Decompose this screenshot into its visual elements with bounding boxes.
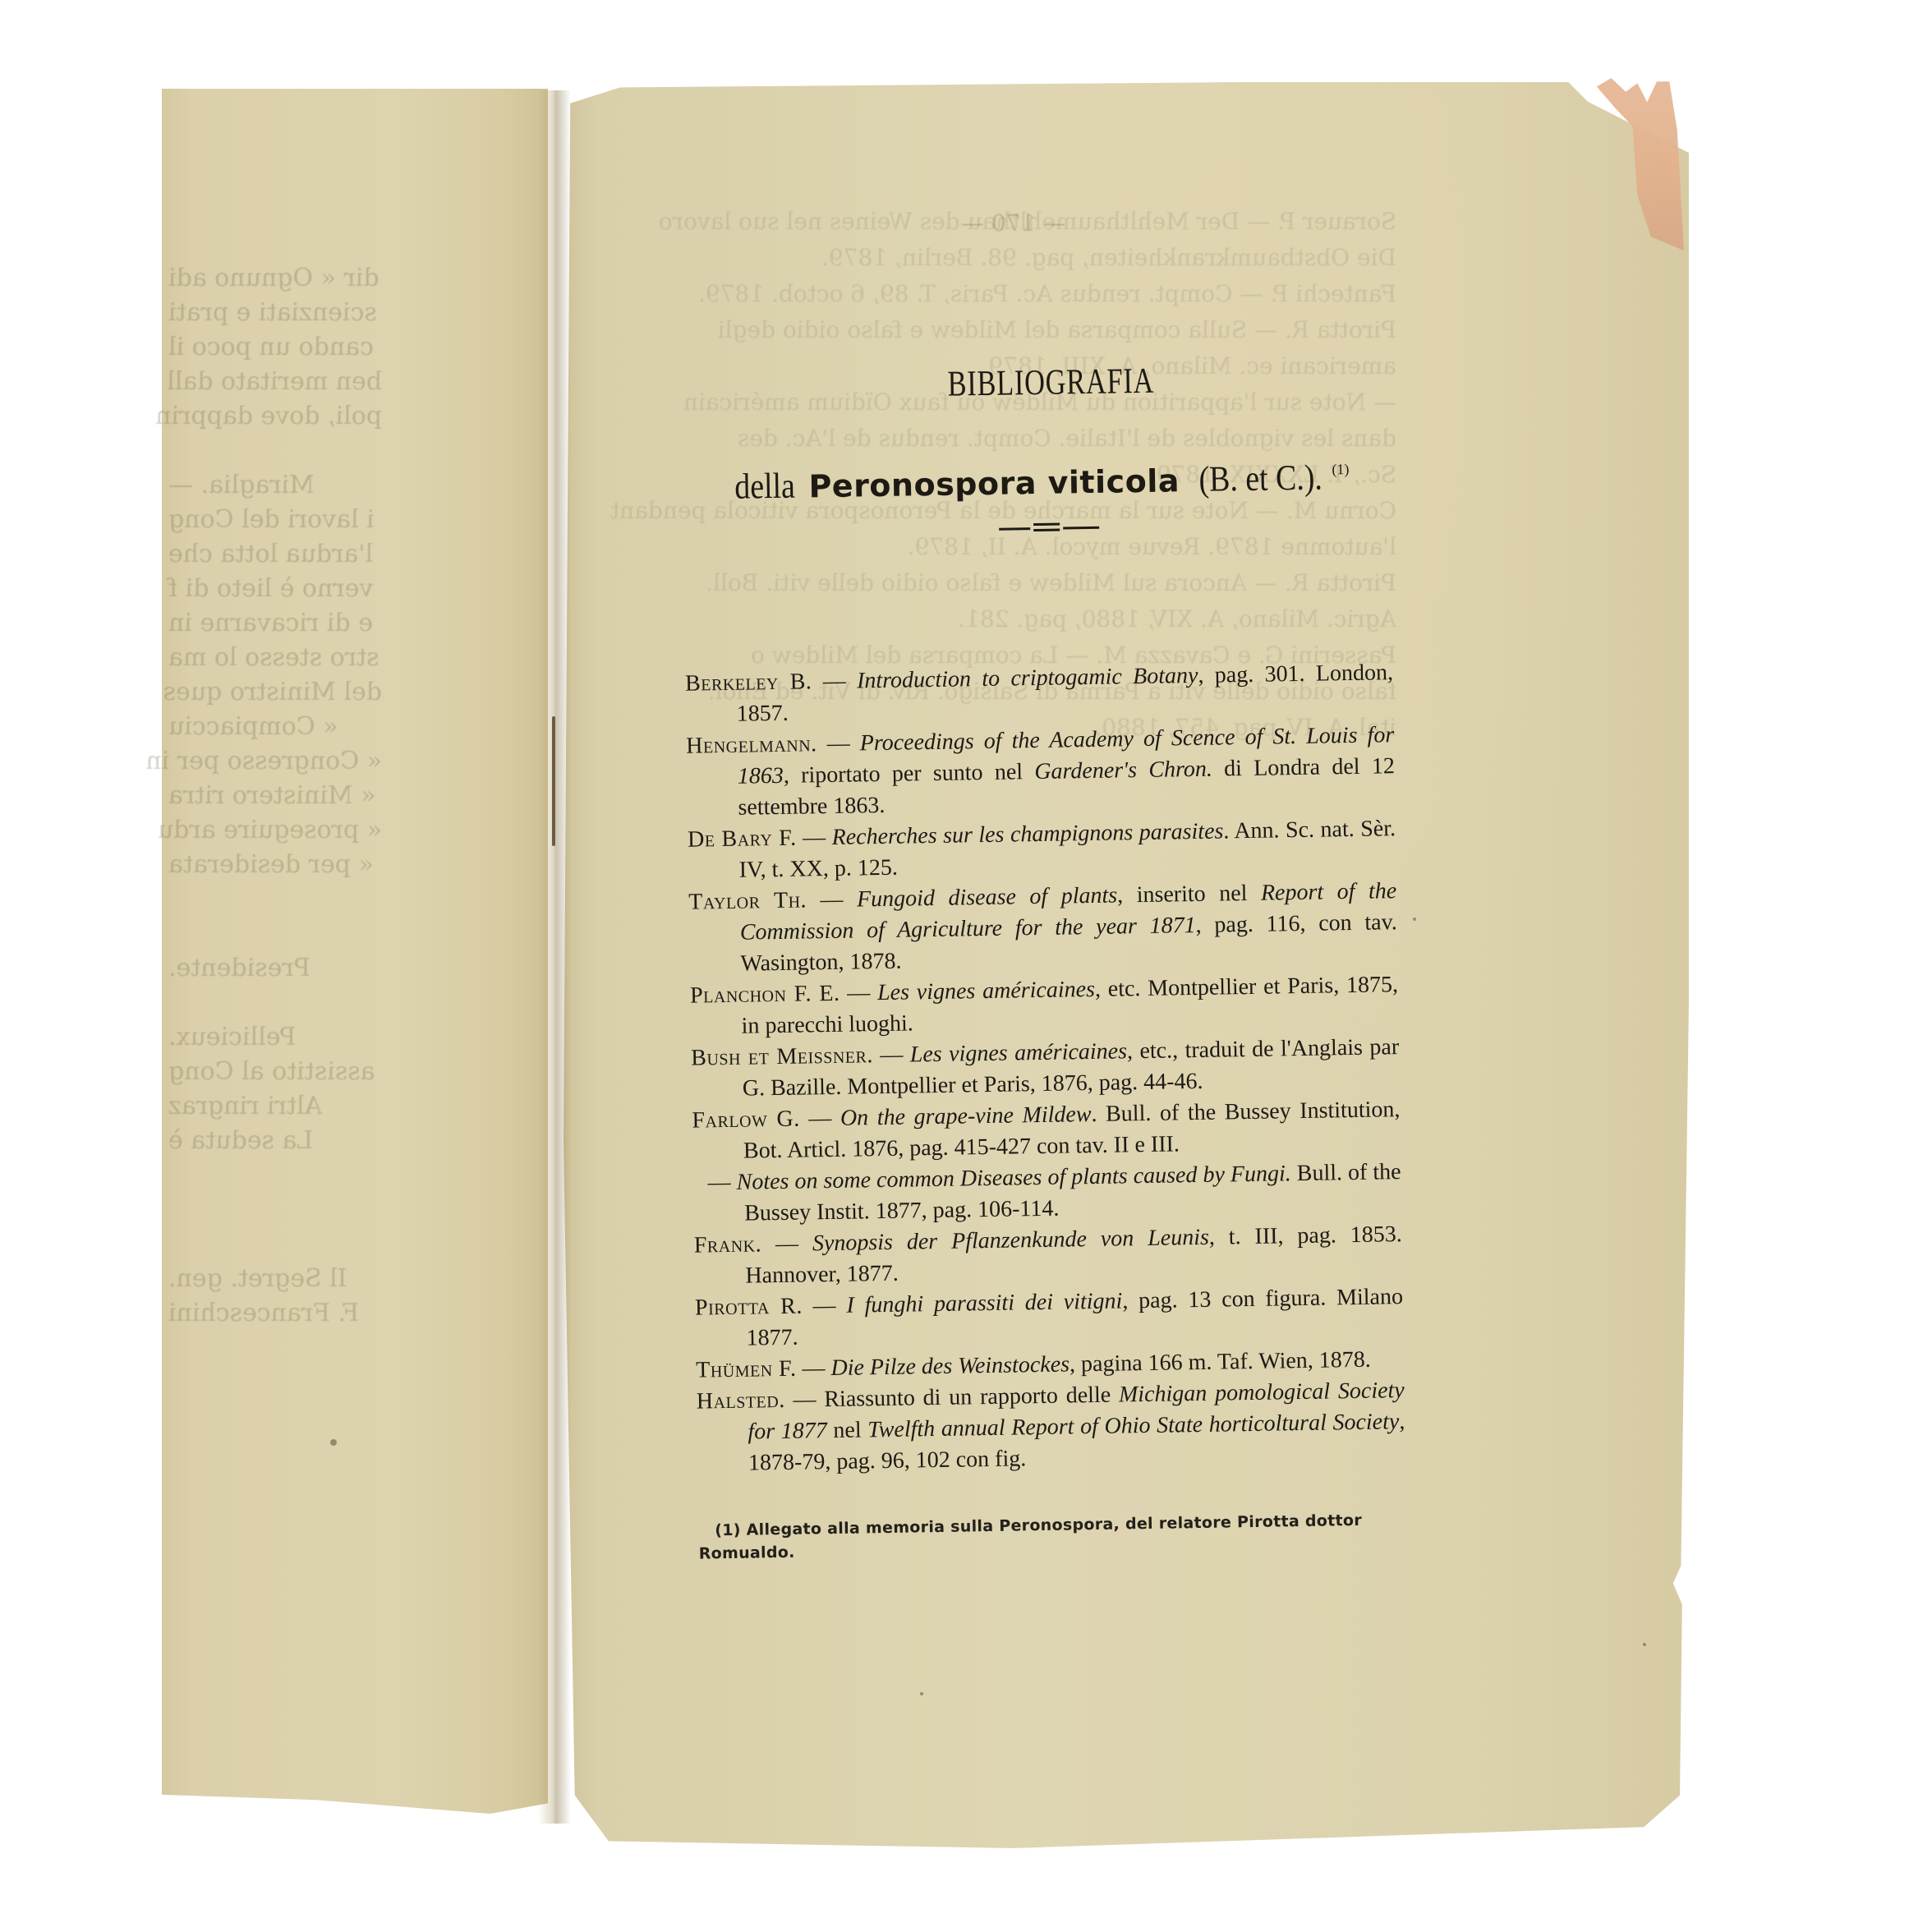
bleed-line: La seduta è bbox=[168, 1124, 382, 1158]
footnote-marker: (1) bbox=[1332, 461, 1349, 477]
bibliography-content: BIBLIOGRAFIA della Peronospora viticola … bbox=[680, 356, 1407, 1565]
entry-title: Fungoid disease of plants bbox=[857, 882, 1118, 912]
bleed-line: Die Obstbaumkrankheiten, pag. 98. Berlin… bbox=[641, 240, 1396, 276]
bleed-line: e di ricavarne in bbox=[168, 606, 382, 641]
entry-text: — bbox=[796, 1355, 830, 1382]
entry-title: Les vignes américaines bbox=[910, 1038, 1128, 1067]
bleed-line bbox=[168, 882, 382, 917]
bleed-line: Fantechi P. — Compt. rendus Ac. Paris, T… bbox=[641, 276, 1396, 312]
bibliography-entry: Hengelmann. — Proceedings of the Academy… bbox=[686, 720, 1396, 825]
bleed-line: ben meritato dall bbox=[168, 365, 382, 399]
paper-speck bbox=[1413, 918, 1416, 921]
bleed-line: assistito al Cong bbox=[168, 1055, 382, 1089]
bleed-line: cando un poco il bbox=[168, 330, 382, 365]
entry-text: — bbox=[816, 730, 860, 757]
entry-author: Berkeley B. bbox=[685, 669, 812, 696]
entry-text: — bbox=[796, 825, 831, 851]
bleed-line bbox=[168, 434, 382, 468]
entry-text: , pagina 166 m. Taf. Wien, 1878. bbox=[1069, 1347, 1371, 1378]
entry-title: I funghi parassiti dei vitigni bbox=[846, 1288, 1122, 1318]
bibliography-entry: Frank. — Synopsis der Pflanzenkunde von … bbox=[694, 1219, 1403, 1293]
bleed-line bbox=[168, 986, 382, 1020]
bleed-line: Altri ringraz bbox=[168, 1089, 382, 1124]
entry-author: Taylor Th. bbox=[688, 887, 807, 914]
bleed-line: Pellicieux. bbox=[168, 1020, 382, 1055]
entry-text: — Riassunto di un rapporto delle bbox=[784, 1382, 1119, 1413]
bleed-line: Miraglia. — bbox=[168, 468, 382, 503]
entry-author: Bush et Meissner. bbox=[691, 1042, 873, 1070]
entry-text: — bbox=[807, 886, 858, 913]
bleed-line: l'ardua lotta che bbox=[168, 537, 382, 572]
entry-author: Halsted. bbox=[697, 1387, 785, 1414]
bibliography-entry: Farlow G. — On the grape-vine Mildew. Bu… bbox=[692, 1094, 1401, 1168]
entry-title: Les vignes américaines bbox=[877, 977, 1095, 1005]
bleed-line: « Compiacciu bbox=[168, 710, 382, 744]
paper-speck bbox=[920, 1692, 923, 1695]
entry-author: Frank. bbox=[694, 1231, 762, 1258]
entry-text: — bbox=[839, 980, 877, 1006]
entry-title: Synopsis der Pflanzenkunde von Leunis bbox=[812, 1225, 1209, 1257]
entry-text: nel bbox=[826, 1417, 867, 1443]
bleed-line: Presidente. bbox=[168, 951, 382, 986]
subtitle-authority: (B. et C.). bbox=[1198, 457, 1322, 500]
entry-text: , inserito nel bbox=[1117, 881, 1261, 908]
entry-title: Recherches sur les champignons parasites bbox=[831, 818, 1223, 849]
entry-author: Pirotta R. bbox=[695, 1294, 803, 1321]
bleed-line: F. Franceschini bbox=[168, 1296, 382, 1331]
entry-text: — bbox=[812, 668, 857, 694]
binding-thread bbox=[552, 716, 555, 846]
bibliography-entry: De Bary F. — Recherches sur les champign… bbox=[688, 813, 1396, 887]
ornamental-rule bbox=[707, 515, 1391, 536]
bibliography-entry: Berkeley B. — Introduction to criptogami… bbox=[685, 657, 1394, 731]
bleed-line bbox=[168, 1193, 382, 1227]
bleed-line: scienziati e prati bbox=[168, 296, 382, 330]
bleed-line: stro stesso lo ma bbox=[168, 641, 382, 675]
bibliography-entry: Pirotta R. — I funghi parassiti dei viti… bbox=[695, 1281, 1404, 1355]
bleed-line: Il Segret. gen. bbox=[168, 1262, 382, 1296]
entry-text: — bbox=[873, 1042, 910, 1068]
entry-title: Gardener's Chron. bbox=[1034, 757, 1212, 784]
bleed-line bbox=[168, 917, 382, 951]
bleed-line: « Ministero ritra bbox=[168, 779, 382, 813]
bleed-line: dir « Ognuno adi bbox=[168, 261, 382, 296]
page-title: BIBLIOGRAFIA bbox=[787, 357, 1314, 407]
entry-title: Twelfth annual Report of Ohio State hort… bbox=[867, 1409, 1400, 1442]
entry-author: Farlow G. bbox=[692, 1106, 800, 1134]
bleed-line: Pirotta R. — Sulla comparsa del Mildew e… bbox=[641, 312, 1396, 348]
paper-speck bbox=[1643, 1643, 1646, 1646]
entry-text: — bbox=[761, 1230, 812, 1257]
entry-title: Introduction to criptogamic Botany bbox=[857, 663, 1198, 694]
entry-author: De Bary F. bbox=[688, 826, 797, 853]
bibliography-entry: Halsted. — Riassunto di un rapporto dell… bbox=[697, 1375, 1406, 1480]
bleed-line bbox=[168, 1158, 382, 1193]
subtitle-species: Peronospora viticola bbox=[808, 462, 1180, 504]
entry-text: , riportato per sunto nel bbox=[784, 759, 1035, 789]
bibliography-entry: Taylor Th. — Fungoid disease of plants, … bbox=[688, 876, 1398, 981]
entry-title: Die Pilze des Weinstockes bbox=[830, 1351, 1069, 1381]
bibliography-entry: Planchon F. E. — Les vignes américaines,… bbox=[690, 969, 1399, 1043]
entry-text: — bbox=[707, 1170, 736, 1196]
page-subtitle: della Peronospora viticola (B. et C.).(1… bbox=[688, 455, 1391, 508]
paper-speck bbox=[330, 1439, 337, 1446]
book-spine-gutter bbox=[538, 90, 571, 1824]
subtitle-prefix: della bbox=[734, 465, 795, 508]
bleed-line: poli, dove dapprin bbox=[168, 399, 382, 434]
bleed-line: « Congresso per in bbox=[168, 744, 382, 779]
bleed-line: verno è lieto di f bbox=[168, 572, 382, 606]
entry-author: Hengelmann. bbox=[686, 731, 817, 758]
bleed-line: i lavori del Cong bbox=[168, 503, 382, 537]
entry-title: On the grape-vine Mildew bbox=[840, 1102, 1092, 1131]
entry-author: Planchon F. E. bbox=[690, 981, 840, 1009]
scanned-book-spread: dir « Ognuno adiscienziati e praticando … bbox=[0, 0, 1932, 1932]
bleed-line bbox=[168, 1227, 382, 1262]
bleed-line: « per desiderata bbox=[168, 848, 382, 882]
bleed-line: « proseguire ardu bbox=[168, 813, 382, 848]
bibliography-list: Berkeley B. — Introduction to criptogami… bbox=[685, 657, 1405, 1479]
entry-text: — bbox=[799, 1106, 840, 1132]
bibliography-entry: Bush et Meissner. — Les vignes américain… bbox=[691, 1032, 1400, 1106]
bibliography-entry: — Notes on some common Diseases of plant… bbox=[692, 1157, 1401, 1230]
entry-title: Notes on some common Diseases of plants … bbox=[736, 1161, 1291, 1195]
bleed-line: Sorauer P. — Der Mehlthaumehlthau des We… bbox=[641, 204, 1396, 240]
left-page-bleed-through-text: dir « Ognuno adiscienziati e praticando … bbox=[168, 261, 382, 1331]
entry-text: — bbox=[803, 1293, 847, 1319]
entry-author: Thümen F. bbox=[696, 1356, 797, 1383]
bleed-line: del Ministro ques bbox=[168, 675, 382, 710]
